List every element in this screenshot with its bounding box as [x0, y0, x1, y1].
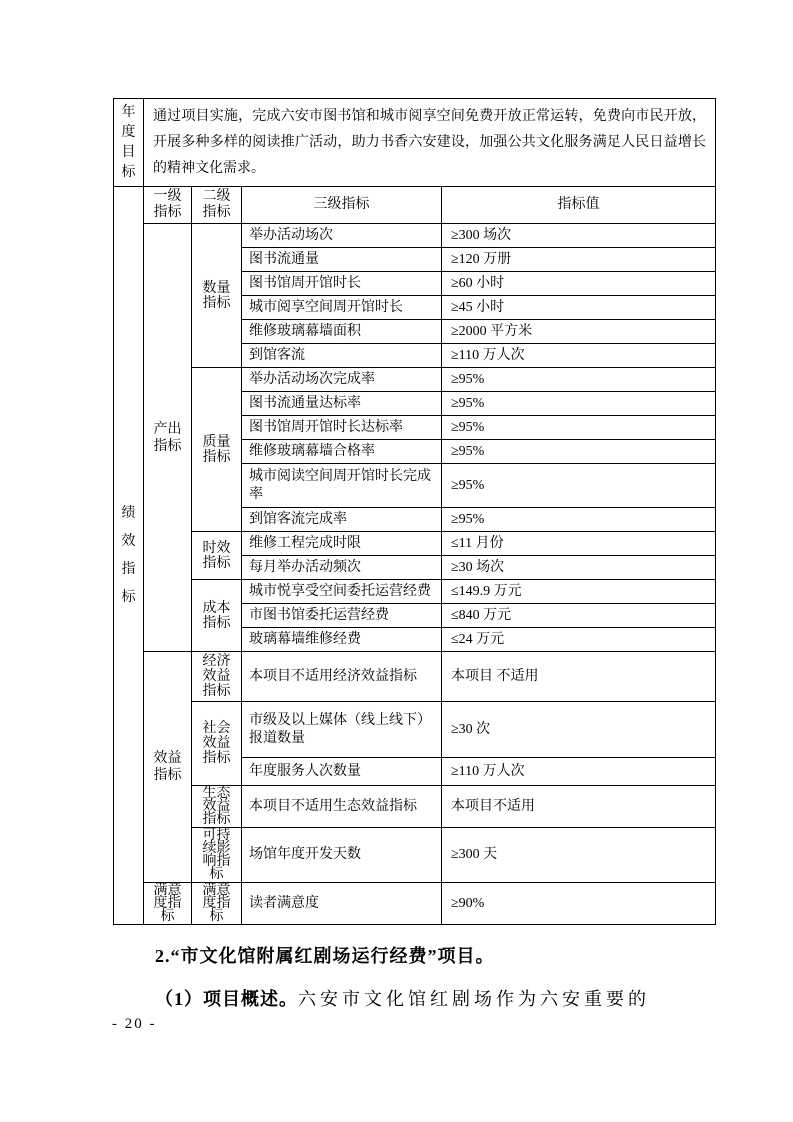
value-cell: ≤840 万元 [442, 604, 716, 628]
level2-timeliness: 时效指标 [192, 532, 242, 580]
value-cell: ≥110 万人次 [442, 344, 716, 368]
table-row: 社会效益指标 市级及以上媒体（线上线下）报道数量 ≥30 次 [114, 702, 716, 758]
value-cell: ≤24 万元 [442, 628, 716, 652]
indicator-cell: 城市悦享受空间委托运营经费 [242, 580, 442, 604]
indicator-cell: 市图书馆委托运营经费 [242, 604, 442, 628]
level2-cost: 成本指标 [192, 580, 242, 652]
annual-goal-row: 年度目标 通过项目实施，完成六安市图书馆和城市阅享空间免费开放正常运转，免费向市… [114, 99, 716, 187]
indicator-cell: 举办活动场次完成率 [242, 368, 442, 392]
indicator-cell: 图书馆周开馆时长 [242, 272, 442, 296]
table-row: 可持续影响指标 场馆年度开发天数 ≥300 天 [114, 828, 716, 883]
table-row: 时效指标 维修工程完成时限 ≤11 月份 [114, 532, 716, 556]
value-cell: ≥95% [442, 440, 716, 464]
indicator-cell: 到馆客流完成率 [242, 508, 442, 532]
table-row: 满意度指标 满意度指标 读者满意度 ≥90% [114, 883, 716, 925]
indicator-cell: 城市阅享空间周开馆时长 [242, 296, 442, 320]
table-row: 效益指标 经济效益指标 本项目不适用经济效益指标 本项目 不适用 [114, 652, 716, 702]
indicator-cell: 年度服务人次数量 [242, 758, 442, 786]
indicator-cell: 图书流通量 [242, 248, 442, 272]
value-cell: 本项目不适用 [442, 786, 716, 828]
side-label-performance: 绩效指标 [114, 187, 144, 925]
value-cell: ≥110 万人次 [442, 758, 716, 786]
paragraph-lead: （1）项目概述。 [155, 989, 298, 1009]
section-heading: 2.“市文化馆附属红剧场运行经费”项目。 [155, 942, 755, 968]
table-row: 生态效益指标 本项目不适用生态效益指标 本项目不适用 [114, 786, 716, 828]
value-cell: ≥30 场次 [442, 556, 716, 580]
document-page: 年度目标 通过项目实施，完成六安市图书馆和城市阅享空间免费开放正常运转，免费向市… [0, 0, 793, 1122]
value-cell: ≥300 场次 [442, 224, 716, 248]
level1-satisfaction: 满意度指标 [144, 883, 192, 925]
level1-output: 产出指标 [144, 224, 192, 652]
value-cell: ≥95% [442, 416, 716, 440]
indicator-cell: 维修玻璃幕墙合格率 [242, 440, 442, 464]
page-number: - 20 - [112, 1016, 157, 1033]
indicator-cell: 到馆客流 [242, 344, 442, 368]
level2-quality: 质量指标 [192, 368, 242, 532]
header-level2: 二级指标 [192, 187, 242, 224]
indicator-cell: 市级及以上媒体（线上线下）报道数量 [242, 702, 442, 758]
indicator-cell: 举办活动场次 [242, 224, 442, 248]
level2-sustainable: 可持续影响指标 [192, 828, 242, 883]
value-cell: ≥30 次 [442, 702, 716, 758]
header-level1: 一级指标 [144, 187, 192, 224]
value-cell: ≥95% [442, 464, 716, 508]
value-cell: ≥45 小时 [442, 296, 716, 320]
value-cell: 本项目 不适用 [442, 652, 716, 702]
value-cell: ≥300 天 [442, 828, 716, 883]
indicator-cell: 每月举办活动频次 [242, 556, 442, 580]
indicator-cell: 维修玻璃幕墙面积 [242, 320, 442, 344]
indicator-cell: 读者满意度 [242, 883, 442, 925]
level2-ecological: 生态效益指标 [192, 786, 242, 828]
annual-goal-label: 年度目标 [114, 99, 144, 187]
value-cell: ≥95% [442, 368, 716, 392]
value-cell: ≥60 小时 [442, 272, 716, 296]
performance-indicator-table: 年度目标 通过项目实施，完成六安市图书馆和城市阅享空间免费开放正常运转，免费向市… [113, 98, 716, 925]
indicator-cell: 玻璃幕墙维修经费 [242, 628, 442, 652]
value-cell: ≤149.9 万元 [442, 580, 716, 604]
value-cell: ≥90% [442, 883, 716, 925]
paragraph-text: 六安市文化馆红剧场作为六安重要的 [298, 989, 650, 1009]
indicator-cell: 本项目不适用经济效益指标 [242, 652, 442, 702]
table-row: 成本指标 城市悦享受空间委托运营经费 ≤149.9 万元 [114, 580, 716, 604]
level2-economic: 经济效益指标 [192, 652, 242, 702]
indicator-cell: 图书流通量达标率 [242, 392, 442, 416]
value-cell: ≥95% [442, 508, 716, 532]
value-cell: ≥2000 平方米 [442, 320, 716, 344]
level2-satisfaction: 满意度指标 [192, 883, 242, 925]
value-cell: ≥95% [442, 392, 716, 416]
level1-benefit: 效益指标 [144, 652, 192, 883]
indicator-cell: 城市阅读空间周开馆时长完成率 [242, 464, 442, 508]
table-row: 产出指标 数量指标 举办活动场次 ≥300 场次 [114, 224, 716, 248]
table-row: 质量指标 举办活动场次完成率 ≥95% [114, 368, 716, 392]
indicator-cell: 场馆年度开发天数 [242, 828, 442, 883]
value-cell: ≥120 万册 [442, 248, 716, 272]
indicator-cell: 本项目不适用生态效益指标 [242, 786, 442, 828]
indicator-cell: 维修工程完成时限 [242, 532, 442, 556]
level2-quantity: 数量指标 [192, 224, 242, 368]
paragraph: （1）项目概述。六安市文化馆红剧场作为六安重要的 [155, 985, 735, 1011]
header-level3: 三级指标 [242, 187, 442, 224]
indicator-cell: 图书馆周开馆时长达标率 [242, 416, 442, 440]
header-value: 指标值 [442, 187, 716, 224]
value-cell: ≤11 月份 [442, 532, 716, 556]
table-header-row: 绩效指标 一级指标 二级指标 三级指标 指标值 [114, 187, 716, 224]
level2-social: 社会效益指标 [192, 702, 242, 786]
annual-goal-text: 通过项目实施，完成六安市图书馆和城市阅享空间免费开放正常运转，免费向市民开放，开… [144, 99, 716, 187]
